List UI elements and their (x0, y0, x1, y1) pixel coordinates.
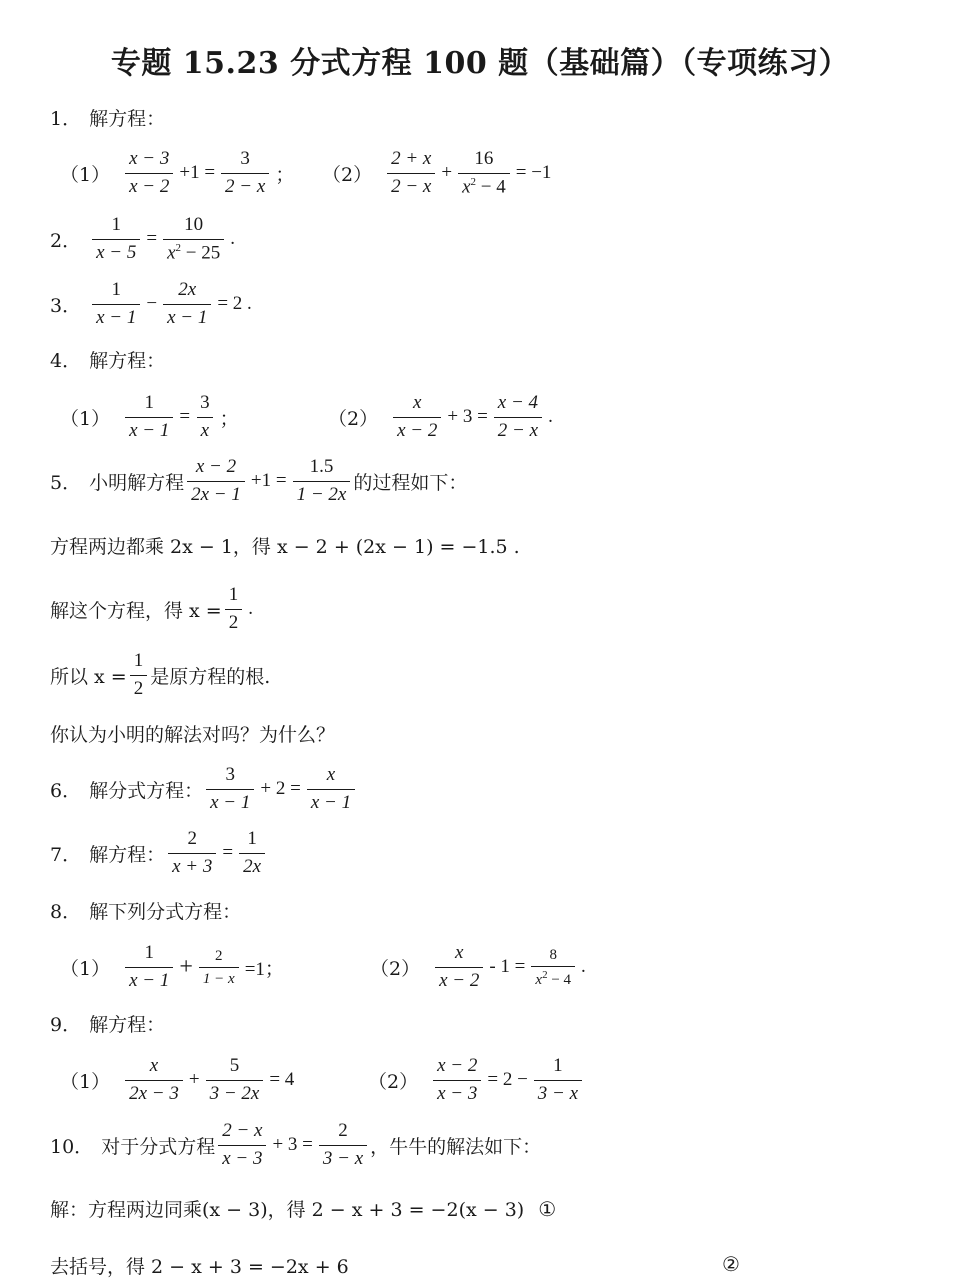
question-10-step-2: 去括号，得 2 − x + 3 = −2x + 6 (50, 1252, 349, 1279)
question-9-part-1: （1） x2x − 3 + 53 − 2x = 4 (60, 1055, 297, 1106)
question-1-part-2: （2） 2 + x2 − x + 16x2 − 4 = −1 (322, 148, 554, 199)
question-number: 7． (50, 840, 81, 867)
fraction: 2xx − 1 (163, 279, 211, 330)
question-number: 3． (50, 291, 81, 318)
question-10: 10． 对于分式方程 2 − xx − 3 + 3 = 23 − x ，牛牛的解… (50, 1120, 541, 1171)
question-7: 7． 解方程： 2x + 3 = 12x (50, 828, 268, 879)
fraction: 23 − x (319, 1120, 367, 1171)
question-number: 4． (50, 346, 81, 373)
fraction: x2x − 3 (125, 1055, 183, 1106)
question-1-part-1: （1） x − 3x − 2 +1 = 32 − x ； (60, 148, 297, 199)
part-tag: （1） (60, 954, 110, 981)
question-5-question: 你认为小明的解法对吗？为什么？ (50, 720, 335, 747)
question-8-part-2: （2） xx − 2 - 1 = 8x2 − 4 . (370, 942, 589, 993)
part-tag: （2） (368, 1067, 418, 1094)
fraction: xx − 2 (393, 392, 441, 443)
question-4-part-1: （1） 1x − 1 = 3x ； (60, 392, 242, 443)
question-8-heading: 8． 解下列分式方程： (50, 897, 241, 924)
question-9-part-2: （2） x − 2x − 3 = 2 − 13 − x (368, 1055, 585, 1106)
question-label: 解方程： (89, 1010, 165, 1037)
question-label: 解分式方程： (89, 776, 203, 803)
question-number: 1． (50, 104, 81, 131)
fraction: 2x + 3 (168, 828, 216, 879)
fraction: x − 22x − 1 (187, 456, 245, 507)
question-1-heading: 1． 解方程： (50, 104, 165, 131)
question-4-part-2: （2） xx − 2 + 3 = x − 42 − x . (328, 392, 556, 443)
question-5: 5． 小明解方程 x − 22x − 1 +1 = 1.51 − 2x 的过程如… (50, 456, 467, 507)
fraction: x − 3x − 2 (125, 148, 173, 199)
part-tag: （1） (60, 1067, 110, 1094)
question-8-part-1: （1） 1x − 1 + 21 − x =1； (60, 942, 287, 993)
fraction: 1x − 1 (125, 392, 173, 443)
question-label: 解方程： (89, 840, 165, 867)
fraction: 1x − 1 (125, 942, 173, 993)
question-9-heading: 9． 解方程： (50, 1010, 165, 1037)
part-tag: （1） (60, 404, 110, 431)
question-label: 解方程： (89, 346, 165, 373)
fraction: 53 − 2x (206, 1055, 264, 1106)
fraction: 21 − x (199, 947, 239, 988)
part-tag: （2） (370, 954, 420, 981)
question-4-heading: 4． 解方程： (50, 346, 165, 373)
fraction: 13 − x (534, 1055, 582, 1106)
fraction: 2 − xx − 3 (218, 1120, 266, 1171)
fraction: x − 2x − 3 (433, 1055, 481, 1106)
question-5-step-2: 解这个方程，得 x = 12 . (50, 584, 256, 635)
part-tag: （1） (60, 160, 110, 187)
fraction: xx − 1 (307, 764, 355, 815)
question-6: 6． 解分式方程： 3x − 1 + 2 = xx − 1 (50, 764, 358, 815)
fraction: 12 (130, 650, 148, 701)
fraction: 1x − 5 (92, 214, 140, 265)
fraction: 3x (196, 392, 214, 443)
question-5-step-3: 所以 x = 12 是原方程的根. (50, 650, 270, 701)
question-10-step-1: 解：方程两边同乘(x − 3)，得 2 − x + 3 = −2(x − 3) … (50, 1195, 556, 1222)
question-label: 解方程： (89, 104, 165, 131)
fraction: 3x − 1 (206, 764, 254, 815)
fraction: 2 + x2 − x (387, 148, 435, 199)
fraction: 8x2 − 4 (531, 946, 575, 989)
question-number: 2． (50, 226, 81, 253)
fraction: xx − 2 (435, 942, 483, 993)
fraction: 10x2 − 25 (163, 214, 224, 265)
fraction: 32 − x (221, 148, 269, 199)
question-number: 8． (50, 897, 81, 924)
question-number: 9． (50, 1010, 81, 1037)
fraction: x − 42 − x (494, 392, 542, 443)
fraction: 16x2 − 4 (458, 148, 510, 199)
question-label: 解下列分式方程： (89, 897, 241, 924)
fraction: 1.51 − 2x (293, 456, 351, 507)
part-tag: （2） (322, 160, 372, 187)
page-title: 专题 15.23 分式方程 100 题（基础篇）（专项练习） (0, 38, 960, 82)
question-3: 3． 1x − 1 − 2xx − 1 = 2 . (50, 279, 255, 330)
step-marker-2: ② (722, 1252, 740, 1276)
question-2: 2． 1x − 5 = 10x2 − 25 . (50, 214, 238, 265)
part-tag: （2） (328, 404, 378, 431)
fraction: 1x − 1 (92, 279, 140, 330)
fraction: 12x (239, 828, 265, 879)
question-number: 5． (50, 468, 81, 495)
question-number: 6． (50, 776, 81, 803)
question-number: 10． (50, 1132, 93, 1159)
fraction: 12 (225, 584, 243, 635)
step-marker-1: ① (538, 1197, 556, 1221)
question-5-step-1: 方程两边都乘 2x − 1，得 x − 2 + (2x − 1) = −1.5 … (50, 532, 520, 559)
